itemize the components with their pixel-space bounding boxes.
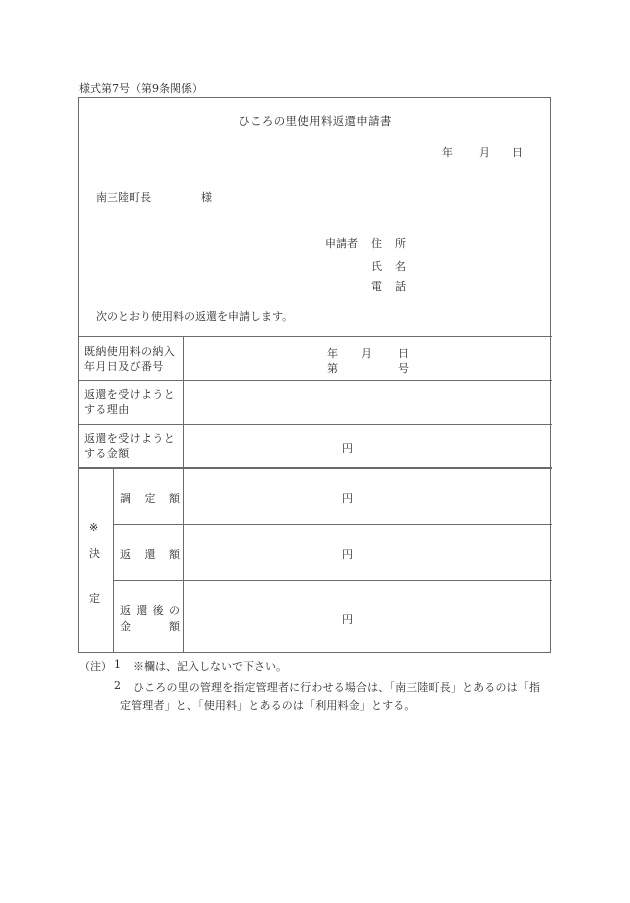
assessed-amount-label: 調 定 額 (120, 490, 180, 506)
date-year: 年 (442, 144, 453, 160)
label-char: 還 (136, 602, 147, 618)
yen-unit: 円 (342, 611, 353, 627)
form-title: ひころの里使用料返還申請書 (0, 113, 630, 129)
note-text: 定管理者」と、「使用料」とあるのは「利用料金」とする。 (120, 697, 416, 713)
post-refund-amount-label: 金 額 (120, 618, 180, 634)
receipt-number-suffix: 号 (398, 360, 409, 376)
yen-unit: 円 (342, 490, 353, 506)
divider (113, 580, 552, 581)
label-char: 額 (169, 546, 180, 562)
label-char: 後 (153, 602, 164, 618)
note-text: ※欄は、記入しないで下さい。 (133, 658, 287, 674)
column-divider (183, 336, 184, 653)
reference-mark: ※ (89, 521, 98, 534)
refund-amount-label: 返 還 額 (120, 546, 180, 562)
label-char: 返 (120, 546, 131, 562)
applicant-label: 申請者 (325, 235, 358, 251)
decision-label: 定 (89, 590, 100, 606)
address-label: 住 (371, 235, 382, 251)
label-char: 返 (120, 602, 131, 618)
divider (78, 380, 552, 381)
label-char: の (169, 602, 180, 618)
label-char: 還 (145, 546, 156, 562)
form-number-label: 様式第7号（第9条関係） (79, 80, 203, 96)
date-month: 月 (479, 144, 490, 160)
form-frame (78, 97, 551, 653)
label-char: 額 (169, 618, 180, 634)
label-char: 定 (145, 490, 156, 506)
intro-text: 次のとおり使用料の返還を申請します。 (96, 308, 293, 324)
phone-label: 話 (395, 278, 406, 294)
phone-label: 電 (371, 278, 382, 294)
yen-unit: 円 (342, 546, 353, 562)
post-refund-amount-label: 返 還 後 の (120, 602, 180, 618)
payment-day: 日 (398, 345, 409, 361)
note-text: ひころの里の管理を指定管理者に行わせる場合は、「南三陸町長」とあるのは「指 (133, 679, 540, 695)
divider (78, 467, 552, 469)
column-divider (113, 468, 114, 653)
payment-year: 年 (327, 345, 338, 361)
row-label-amount: 返還を受けようとする金額 (84, 431, 182, 461)
divider (113, 524, 552, 525)
notes-heading: （注） (79, 658, 112, 674)
addressee-honorific: 様 (201, 189, 212, 205)
name-label: 氏 (371, 258, 382, 274)
note-number: 1 (114, 658, 121, 671)
name-label: 名 (395, 258, 406, 274)
label-char: 調 (120, 490, 131, 506)
yen-unit: 円 (342, 440, 353, 456)
row-label-payment-date: 既納使用料の納入年月日及び番号 (84, 344, 182, 374)
row-label-reason: 返還を受けようとする理由 (84, 387, 182, 417)
note-number: 2 (114, 679, 121, 692)
address-label: 所 (395, 235, 406, 251)
payment-month: 月 (361, 345, 372, 361)
divider (78, 424, 552, 425)
addressee-name: 南三陸町長 (96, 189, 151, 205)
decision-label: 決 (89, 545, 100, 561)
label-char: 額 (169, 490, 180, 506)
label-char: 金 (120, 618, 131, 634)
date-day: 日 (512, 144, 523, 160)
divider (78, 336, 552, 337)
receipt-number-prefix: 第 (327, 360, 338, 376)
